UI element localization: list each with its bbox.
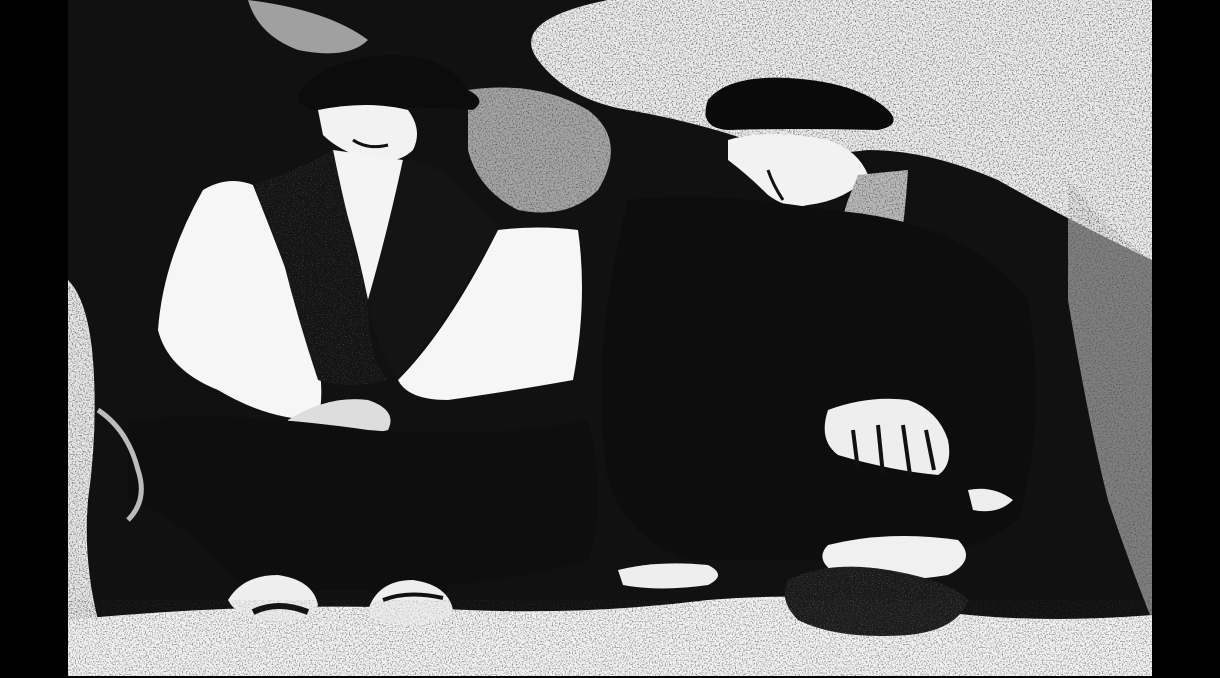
image-frame: High-contrast black-and-white photograph…	[0, 0, 1220, 678]
floor-light-patch	[618, 563, 718, 588]
photograph: High-contrast black-and-white photograph…	[68, 0, 1152, 676]
right-letterbox-bar	[1152, 0, 1220, 678]
right-man-body	[601, 197, 1036, 560]
left-letterbox-bar	[0, 0, 68, 678]
photo-illustration	[68, 0, 1152, 676]
